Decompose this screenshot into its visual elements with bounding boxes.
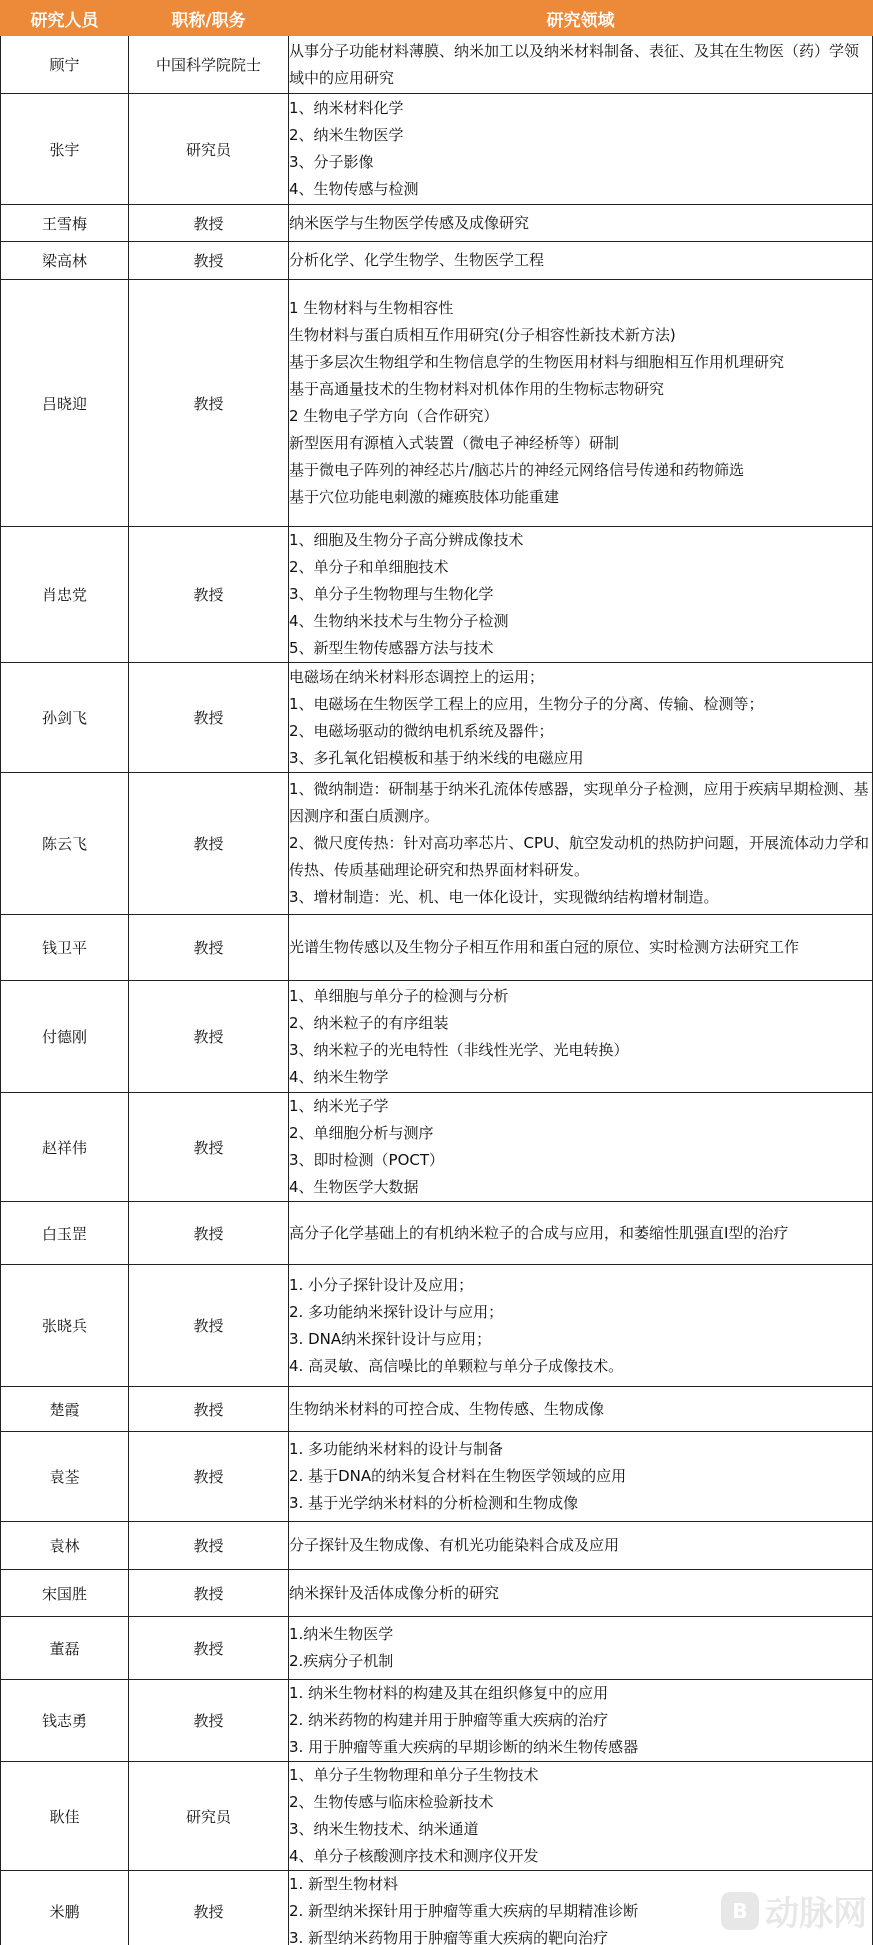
researcher-name: 赵祥伟 [1, 1093, 129, 1202]
research-area-line: 3、分子影像 [289, 149, 872, 176]
research-area-line: 1、纳米光子学 [289, 1093, 872, 1120]
research-area-line: 新型医用有源植入式装置（微电子神经桥等）研制 [289, 430, 872, 457]
researcher-name: 宋国胜 [1, 1570, 129, 1617]
researcher-name: 白玉罡 [1, 1202, 129, 1265]
research-area-line: 1、纳米材料化学 [289, 95, 872, 122]
research-area: 高分子化学基础上的有机纳米粒子的合成与应用，和萎缩性肌强直I型的治疗 [289, 1202, 873, 1265]
research-area-line: 2、电磁场驱动的微纳电机系统及器件； [289, 718, 872, 745]
table-row: 耿佳研究员1、单分子生物物理和单分子生物技术2、生物传感与临床检验新技术3、纳米… [1, 1762, 873, 1871]
research-area: 电磁场在纳米材料形态调控上的运用；1、电磁场在生物医学工程上的应用，生物分子的分… [289, 663, 873, 773]
research-area-line: 生物纳米材料的可控合成、生物传感、生物成像 [289, 1396, 872, 1423]
research-area-line: 3、单分子生物物理与生物化学 [289, 581, 872, 608]
research-area: 1、单分子生物物理和单分子生物技术2、生物传感与临床检验新技术3、纳米生物技术、… [289, 1762, 873, 1871]
table-row: 米鹏教授1. 新型生物材料2. 新型纳米探针用于肿瘤等重大疾病的早期精准诊断3.… [1, 1871, 873, 1945]
research-area-line: 2. 纳米药物的构建并用于肿瘤等重大疾病的治疗 [289, 1707, 872, 1734]
research-area: 纳米探针及活体成像分析的研究 [289, 1570, 873, 1617]
header-research-area: 研究领域 [289, 1, 873, 36]
research-area-line: 3、纳米粒子的光电特性（非线性光学、光电转换） [289, 1037, 872, 1064]
research-area: 1. 纳米生物材料的构建及其在组织修复中的应用2. 纳米药物的构建并用于肿瘤等重… [289, 1680, 873, 1762]
table-row: 顾宁中国科学院院士从事分子功能材料薄膜、纳米加工以及纳米材料制备、表征、及其在生… [1, 36, 873, 94]
researcher-title: 教授 [129, 1432, 289, 1522]
researcher-title: 研究员 [129, 1762, 289, 1871]
researcher-title: 教授 [129, 1093, 289, 1202]
research-area-line: 1. 小分子探针设计及应用； [289, 1272, 872, 1299]
research-area: 生物纳米材料的可控合成、生物传感、生物成像 [289, 1387, 873, 1432]
research-area: 分析化学、化学生物学、生物医学工程 [289, 242, 873, 280]
research-area-line: 4、生物纳米技术与生物分子检测 [289, 608, 872, 635]
research-area-line: 4、纳米生物学 [289, 1064, 872, 1091]
research-area-line: 1. 新型生物材料 [289, 1871, 872, 1898]
table-row: 陈云飞教授1、微纳制造：研制基于纳米孔流体传感器，实现单分子检测，应用于疾病早期… [1, 773, 873, 915]
table-body: 顾宁中国科学院院士从事分子功能材料薄膜、纳米加工以及纳米材料制备、表征、及其在生… [1, 36, 873, 1945]
research-area-line: 1、单分子生物物理和单分子生物技术 [289, 1762, 872, 1789]
researcher-title: 教授 [129, 1387, 289, 1432]
research-area-line: 2. 新型纳米探针用于肿瘤等重大疾病的早期精准诊断 [289, 1898, 872, 1925]
researcher-name: 耿佳 [1, 1762, 129, 1871]
table-row: 袁林教授分子探针及生物成像、有机光功能染料合成及应用 [1, 1522, 873, 1570]
table-row: 孙剑飞教授电磁场在纳米材料形态调控上的运用；1、电磁场在生物医学工程上的应用，生… [1, 663, 873, 773]
research-area-line: 生物材料与蛋白质相互作用研究(分子相容性新技术新方法) [289, 322, 872, 349]
research-area-line: 高分子化学基础上的有机纳米粒子的合成与应用，和萎缩性肌强直I型的治疗 [289, 1220, 872, 1247]
researcher-name: 袁林 [1, 1522, 129, 1570]
research-area-line: 电磁场在纳米材料形态调控上的运用； [289, 664, 872, 691]
researcher-title: 教授 [129, 915, 289, 981]
research-area-line: 2. 基于DNA的纳米复合材料在生物医学领域的应用 [289, 1463, 872, 1490]
research-area: 1、微纳制造：研制基于纳米孔流体传感器，实现单分子检测，应用于疾病早期检测、基因… [289, 773, 873, 915]
research-area-line: 2. 多功能纳米探针设计与应用； [289, 1299, 872, 1326]
researcher-name: 袁荃 [1, 1432, 129, 1522]
researcher-name: 付德刚 [1, 981, 129, 1093]
research-area-line: 3、多孔氧化铝模板和基于纳米线的电磁应用 [289, 745, 872, 772]
table-row: 王雪梅教授纳米医学与生物医学传感及成像研究 [1, 205, 873, 242]
table-row: 付德刚教授1、单细胞与单分子的检测与分析2、纳米粒子的有序组装3、纳米粒子的光电… [1, 981, 873, 1093]
researcher-title: 教授 [129, 1570, 289, 1617]
research-area-line: 基于微电子阵列的神经芯片/脑芯片的神经元网络信号传递和药物筛选 [289, 457, 872, 484]
researcher-name: 钱志勇 [1, 1680, 129, 1762]
table-header-row: 研究人员 职称/职务 研究领域 [1, 1, 873, 36]
table-row: 宋国胜教授纳米探针及活体成像分析的研究 [1, 1570, 873, 1617]
research-area: 分子探针及生物成像、有机光功能染料合成及应用 [289, 1522, 873, 1570]
research-area-line: 1、单细胞与单分子的检测与分析 [289, 983, 872, 1010]
researcher-title: 教授 [129, 1202, 289, 1265]
researcher-title: 教授 [129, 527, 289, 663]
table-row: 张晓兵教授1. 小分子探针设计及应用；2. 多功能纳米探针设计与应用；3. DN… [1, 1265, 873, 1387]
table-row: 梁高林教授分析化学、化学生物学、生物医学工程 [1, 242, 873, 280]
research-area-line: 2.疾病分子机制 [289, 1648, 872, 1675]
table-row: 袁荃教授1. 多功能纳米材料的设计与制备2. 基于DNA的纳米复合材料在生物医学… [1, 1432, 873, 1522]
table-row: 白玉罡教授高分子化学基础上的有机纳米粒子的合成与应用，和萎缩性肌强直I型的治疗 [1, 1202, 873, 1265]
research-area: 1、纳米光子学2、单细胞分析与测序3、即时检测（POCT）4、生物医学大数据 [289, 1093, 873, 1202]
researcher-title: 教授 [129, 1680, 289, 1762]
table-row: 赵祥伟教授1、纳米光子学2、单细胞分析与测序3、即时检测（POCT）4、生物医学… [1, 1093, 873, 1202]
research-area-line: 2 生物电子学方向（合作研究） [289, 403, 872, 430]
research-area-line: 3. DNA纳米探针设计与应用； [289, 1326, 872, 1353]
researcher-table: 研究人员 职称/职务 研究领域 顾宁中国科学院院士从事分子功能材料薄膜、纳米加工… [0, 0, 873, 1945]
research-area-line: 1. 多功能纳米材料的设计与制备 [289, 1436, 872, 1463]
research-area-line: 1、电磁场在生物医学工程上的应用，生物分子的分离、传输、检测等； [289, 691, 872, 718]
research-area-line: 4、单分子核酸测序技术和测序仪开发 [289, 1843, 872, 1870]
researcher-title: 教授 [129, 242, 289, 280]
research-area-line: 2、生物传感与临床检验新技术 [289, 1789, 872, 1816]
researcher-title: 教授 [129, 663, 289, 773]
research-area-line: 1. 纳米生物材料的构建及其在组织修复中的应用 [289, 1680, 872, 1707]
research-area-line: 1 生物材料与生物相容性 [289, 295, 872, 322]
researcher-name: 吕晓迎 [1, 280, 129, 527]
research-area: 1、单细胞与单分子的检测与分析2、纳米粒子的有序组装3、纳米粒子的光电特性（非线… [289, 981, 873, 1093]
research-area-line: 3、纳米生物技术、纳米通道 [289, 1816, 872, 1843]
research-area: 1. 多功能纳米材料的设计与制备2. 基于DNA的纳米复合材料在生物医学领域的应… [289, 1432, 873, 1522]
researcher-title: 教授 [129, 1265, 289, 1387]
table-row: 钱志勇教授1. 纳米生物材料的构建及其在组织修复中的应用2. 纳米药物的构建并用… [1, 1680, 873, 1762]
research-area-line: 纳米医学与生物医学传感及成像研究 [289, 210, 872, 237]
research-area-line: 分析化学、化学生物学、生物医学工程 [289, 247, 872, 274]
research-area: 纳米医学与生物医学传感及成像研究 [289, 205, 873, 242]
researcher-title: 研究员 [129, 94, 289, 205]
research-area-line: 2、纳米生物医学 [289, 122, 872, 149]
research-area: 1.纳米生物医学2.疾病分子机制 [289, 1617, 873, 1680]
researcher-title: 教授 [129, 1522, 289, 1570]
researcher-name: 孙剑飞 [1, 663, 129, 773]
research-area: 1、纳米材料化学2、纳米生物医学3、分子影像4、生物传感与检测 [289, 94, 873, 205]
researcher-name: 钱卫平 [1, 915, 129, 981]
research-area-line: 纳米探针及活体成像分析的研究 [289, 1580, 872, 1607]
researcher-title: 教授 [129, 280, 289, 527]
research-area-line: 1.纳米生物医学 [289, 1621, 872, 1648]
researcher-name: 张宇 [1, 94, 129, 205]
research-area-line: 光谱生物传感以及生物分子相互作用和蛋白冠的原位、实时检测方法研究工作 [289, 934, 872, 961]
research-area-line: 4. 高灵敏、高信噪比的单颗粒与单分子成像技术。 [289, 1353, 872, 1380]
research-area-line: 基于多层次生物组学和生物信息学的生物医用材料与细胞相互作用机理研究 [289, 349, 872, 376]
research-area-line: 3. 新型纳米药物用于肿瘤等重大疾病的靶向治疗 [289, 1925, 872, 1945]
research-area: 从事分子功能材料薄膜、纳米加工以及纳米材料制备、表征、及其在生物医（药）学领域中… [289, 36, 873, 94]
research-area-line: 3、增材制造：光、机、电一体化设计，实现微纳结构增材制造。 [289, 884, 872, 911]
research-area: 光谱生物传感以及生物分子相互作用和蛋白冠的原位、实时检测方法研究工作 [289, 915, 873, 981]
research-area-line: 基于高通量技术的生物材料对机体作用的生物标志物研究 [289, 376, 872, 403]
researcher-name: 梁高林 [1, 242, 129, 280]
researcher-title: 教授 [129, 1617, 289, 1680]
research-area-line: 分子探针及生物成像、有机光功能染料合成及应用 [289, 1532, 872, 1559]
research-area-line: 1、微纳制造：研制基于纳米孔流体传感器，实现单分子检测，应用于疾病早期检测、基因… [289, 776, 872, 830]
researcher-name: 董磊 [1, 1617, 129, 1680]
researcher-title: 教授 [129, 981, 289, 1093]
research-area-line: 3. 基于光学纳米材料的分析检测和生物成像 [289, 1490, 872, 1517]
research-area-line: 2、纳米粒子的有序组装 [289, 1010, 872, 1037]
research-area-line: 2、微尺度传热：针对高功率芯片、CPU、航空发动机的热防护问题，开展流体动力学和… [289, 830, 872, 884]
research-area: 1. 小分子探针设计及应用；2. 多功能纳米探针设计与应用；3. DNA纳米探针… [289, 1265, 873, 1387]
research-area-line: 从事分子功能材料薄膜、纳米加工以及纳米材料制备、表征、及其在生物医（药）学领域中… [289, 38, 872, 92]
researcher-title: 教授 [129, 773, 289, 915]
table-row: 钱卫平教授光谱生物传感以及生物分子相互作用和蛋白冠的原位、实时检测方法研究工作 [1, 915, 873, 981]
research-area-line: 2、单细胞分析与测序 [289, 1120, 872, 1147]
researcher-name: 王雪梅 [1, 205, 129, 242]
research-area-line: 5、新型生物传感器方法与技术 [289, 635, 872, 662]
researcher-name: 楚霞 [1, 1387, 129, 1432]
researcher-title: 中国科学院院士 [129, 36, 289, 94]
research-area-line: 4、生物传感与检测 [289, 176, 872, 203]
table-row: 吕晓迎教授1 生物材料与生物相容性生物材料与蛋白质相互作用研究(分子相容性新技术… [1, 280, 873, 527]
table-row: 董磊教授1.纳米生物医学2.疾病分子机制 [1, 1617, 873, 1680]
researcher-title: 教授 [129, 205, 289, 242]
research-area-line: 基于穴位功能电刺激的瘫痪肢体功能重建 [289, 484, 872, 511]
research-area: 1 生物材料与生物相容性生物材料与蛋白质相互作用研究(分子相容性新技术新方法)基… [289, 280, 873, 527]
researcher-name: 顾宁 [1, 36, 129, 94]
research-area: 1、细胞及生物分子高分辨成像技术2、单分子和单细胞技术3、单分子生物物理与生物化… [289, 527, 873, 663]
researcher-title: 教授 [129, 1871, 289, 1945]
researcher-name: 肖忠党 [1, 527, 129, 663]
research-area: 1. 新型生物材料2. 新型纳米探针用于肿瘤等重大疾病的早期精准诊断3. 新型纳… [289, 1871, 873, 1945]
research-area-line: 3. 用于肿瘤等重大疾病的早期诊断的纳米生物传感器 [289, 1734, 872, 1761]
research-area-line: 4、生物医学大数据 [289, 1174, 872, 1201]
header-researcher: 研究人员 [1, 1, 129, 36]
research-area-line: 3、即时检测（POCT） [289, 1147, 872, 1174]
research-area-line: 1、细胞及生物分子高分辨成像技术 [289, 527, 872, 554]
table-row: 肖忠党教授1、细胞及生物分子高分辨成像技术2、单分子和单细胞技术3、单分子生物物… [1, 527, 873, 663]
researcher-name: 张晓兵 [1, 1265, 129, 1387]
header-title: 职称/职务 [129, 1, 289, 36]
researcher-name: 陈云飞 [1, 773, 129, 915]
research-area-line: 2、单分子和单细胞技术 [289, 554, 872, 581]
table-row: 张宇研究员1、纳米材料化学2、纳米生物医学3、分子影像4、生物传感与检测 [1, 94, 873, 205]
table-row: 楚霞教授生物纳米材料的可控合成、生物传感、生物成像 [1, 1387, 873, 1432]
researcher-name: 米鹏 [1, 1871, 129, 1945]
